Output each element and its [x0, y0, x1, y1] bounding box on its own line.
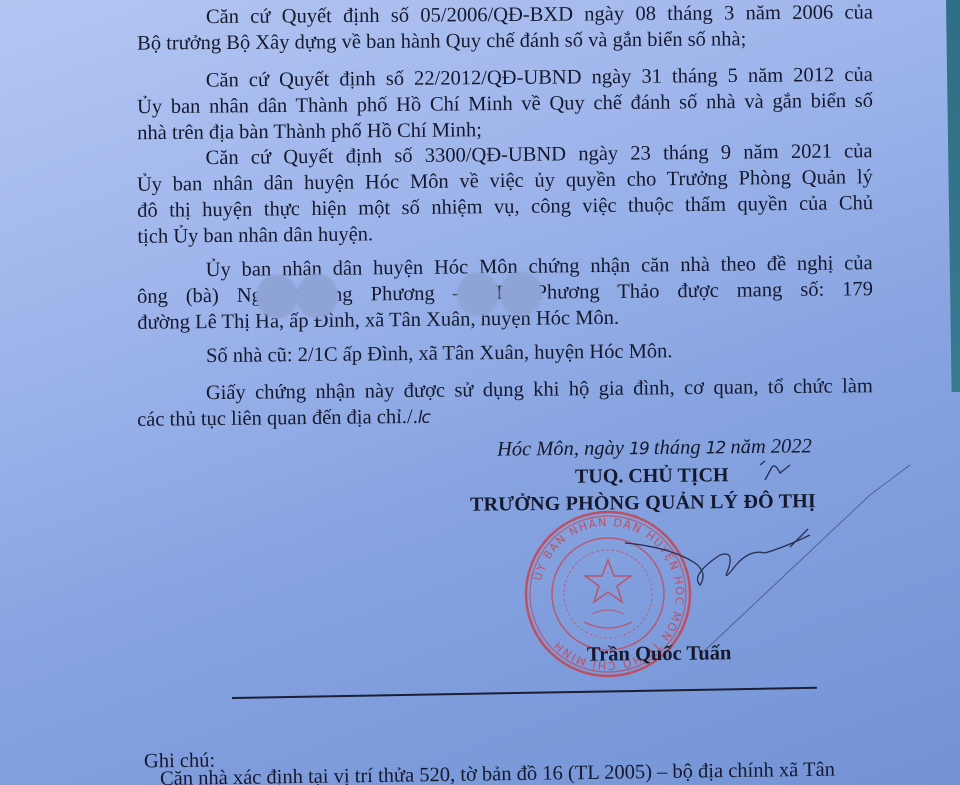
text-line: Căn cứ Quyết định số 05/2006/QĐ-BXD ngày…	[137, 0, 873, 31]
document-page: Căn cứ Quyết định số 05/2006/QĐ-BXD ngày…	[0, 0, 960, 785]
date-prefix: Hóc Môn, ngày	[497, 437, 629, 460]
text-fragment: các thủ tục liên quan đến địa chỉ./.	[137, 406, 418, 431]
text-line: Bộ trưởng Bộ Xây dựng về ban hành Quy ch…	[137, 25, 873, 56]
paragraph-decision-22-2012: Căn cứ Quyết định số 22/2012/QĐ-UBND ngà…	[137, 62, 874, 146]
text-fragment: ông (bà) Ng	[137, 285, 262, 308]
text-fragment: Phương Thảo được mang số: 179	[535, 278, 873, 304]
text-line: Số nhà cũ: 2/1C ấp Đình, xã Tân Xuân, hu…	[137, 336, 873, 370]
paragraph-certification: Ủy ban nhân dân huyện Hóc Môn chứng nhận…	[137, 250, 874, 336]
date-month: 12	[706, 438, 726, 458]
date-year: năm 2022	[725, 435, 812, 458]
divider-line	[232, 687, 817, 699]
paragraph-old-address: Số nhà cũ: 2/1C ấp Đình, xã Tân Xuân, hu…	[137, 336, 873, 370]
signature-title-line1: TUQ. CHỦ TỊCH	[575, 464, 729, 489]
paragraph-decision-05-2006: Căn cứ Quyết định số 05/2006/QĐ-BXD ngày…	[137, 0, 873, 57]
handwritten-initials: lc	[418, 408, 430, 428]
date-day: 19	[629, 439, 649, 459]
issue-date: Hóc Môn, ngày 19 tháng 12 năm 2022	[497, 435, 812, 461]
date-month-label: tháng	[649, 436, 706, 459]
notes-line: Căn nhà xác định tại vị trí thửa 520, tờ…	[160, 759, 835, 785]
redaction-blur	[499, 272, 541, 316]
paragraph-usage: Giấy chứng nhận này được sử dụng khi hộ …	[137, 373, 874, 434]
text-fragment: ng Phương –	[332, 282, 463, 305]
signer-name: Trần Quốc Tuấn	[587, 642, 732, 667]
paragraph-decision-3300-2021: Căn cứ Quyết định số 3300/QĐ-UBND ngày 2…	[136, 138, 873, 250]
